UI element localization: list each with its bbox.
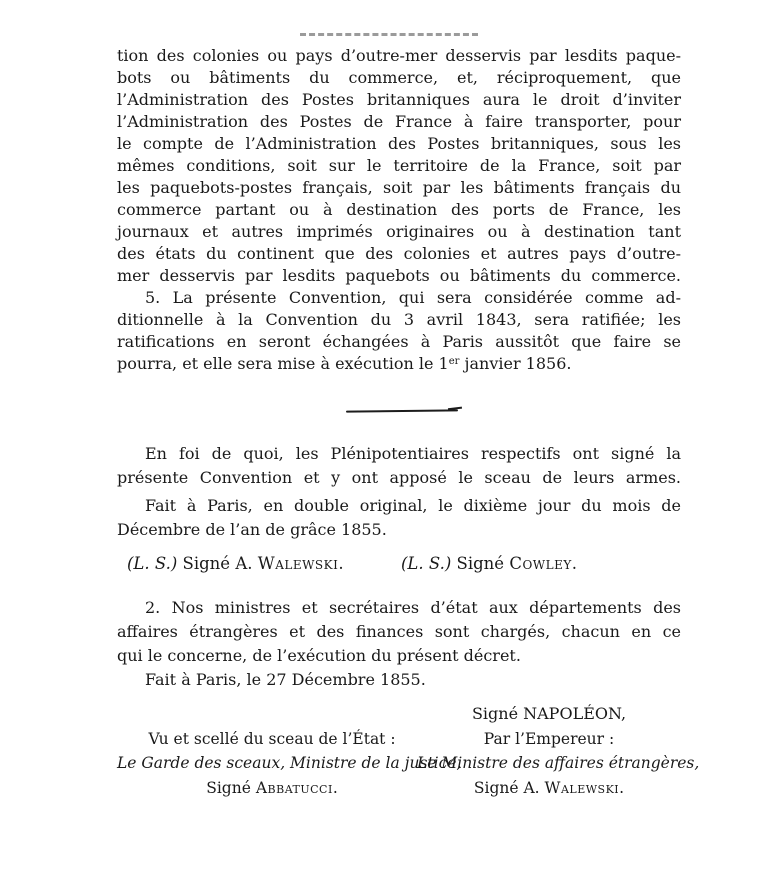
text-line: 5. La présente Convention, qui sera cons… xyxy=(117,287,681,309)
decree-text: 2. Nos ministres et secrétaires d’état a… xyxy=(117,596,681,692)
article-5-paragraph: 5. La présente Convention, qui sera cons… xyxy=(117,287,681,375)
text-line: 2. Nos ministres et secrétaires d’état a… xyxy=(117,596,681,620)
emperor-line: Par l’Empereur : xyxy=(417,727,681,752)
signer-name: NAPOLÉON xyxy=(523,704,621,723)
text-line: mer desservis par lesdits paquebots ou b… xyxy=(117,265,681,287)
text-line: tion des colonies ou pays d’outre-mer de… xyxy=(117,45,681,67)
signer-name: Cowley xyxy=(509,554,571,573)
decree-date-line: Fait à Paris, le 27 Décembre 1855. xyxy=(117,668,681,692)
text-line: Décembre de l’an de grâce 1855. xyxy=(117,518,681,542)
scanned-document-page: tion des colonies ou pays d’outre-mer de… xyxy=(0,0,764,891)
article-2-paragraph: 2. Nos ministres et secrétaires d’état a… xyxy=(117,596,681,668)
paragraph-continuation: tion des colonies ou pays d’outre-mer de… xyxy=(117,45,681,287)
date-paragraph: Fait à Paris, en double original, le dix… xyxy=(117,494,681,542)
print-artifact-marks xyxy=(300,33,478,36)
walewski-signature: Signé A. Walewski. xyxy=(417,776,681,801)
text-line: En foi de quoi, les Plénipotentiaires re… xyxy=(117,442,681,466)
abbatucci-signature: Signé Abbatucci. xyxy=(117,776,427,801)
text-line: qui le concerne, de l’exécution du prése… xyxy=(117,644,681,668)
attestation-paragraph: En foi de quoi, les Plénipotentiaires re… xyxy=(117,442,681,490)
signer-name: Walewski xyxy=(258,554,339,573)
signer-name: Walewski xyxy=(545,779,620,797)
text-line: des états du continent que des colonies … xyxy=(117,243,681,265)
text-line: l’Administration des Postes britanniques… xyxy=(117,89,681,111)
text-line: pourra, et elle sera mise à exécution le… xyxy=(117,353,681,375)
text-line: Fait à Paris, le 27 Décembre 1855. xyxy=(117,668,681,692)
text-line: l’Administration des Postes de France à … xyxy=(117,111,681,133)
text-line: ratifications en seront échangées à Pari… xyxy=(117,331,681,353)
state-seal-line: Vu et scellé du sceau de l’État : xyxy=(117,727,427,752)
text-line: ditionnelle à la Convention du 3 avril 1… xyxy=(117,309,681,331)
text-line: bots ou bâtiments du commerce, et, récip… xyxy=(117,67,681,89)
foreign-minister-title: Le Ministre des affaires étrangères, xyxy=(417,751,681,776)
text-line: présente Convention et y ont apposé le s… xyxy=(117,466,681,490)
text-line: mêmes conditions, soit sur le territoire… xyxy=(117,155,681,177)
main-body-text: tion des colonies ou pays d’outre-mer de… xyxy=(117,45,681,375)
text-line: affaires étrangères et des finances sont… xyxy=(117,620,681,644)
closing-text: En foi de quoi, les Plénipotentiaires re… xyxy=(117,442,681,542)
napoleon-signature: Signé NAPOLÉON, xyxy=(417,702,681,727)
text-line: le compte de l’Administration des Postes… xyxy=(117,133,681,155)
ls-abbreviation: (L. S.) xyxy=(127,554,177,573)
ls-abbreviation: (L. S.) xyxy=(401,554,451,573)
left-signature-column: Vu et scellé du sceau de l’État : Le Gar… xyxy=(117,702,427,800)
cowley-seal-signature: (L. S.) Signé Cowley. xyxy=(401,552,577,576)
text-line: commerce partant ou à destination des po… xyxy=(117,199,681,221)
text-line: les paquebots-postes français, soit par … xyxy=(117,177,681,199)
signer-name: Abbatucci xyxy=(256,779,333,797)
right-signature-column: Signé NAPOLÉON, Par l’Empereur : Le Mini… xyxy=(417,702,681,800)
text-line: journaux et autres imprimés originaires … xyxy=(117,221,681,243)
justice-minister-title: Le Garde des sceaux, Ministre de la just… xyxy=(117,751,427,776)
text-line: Fait à Paris, en double original, le dix… xyxy=(117,494,681,518)
section-separator-rule xyxy=(346,409,458,412)
walewski-seal-signature: (L. S.) Signé A. Walewski. xyxy=(127,552,344,576)
